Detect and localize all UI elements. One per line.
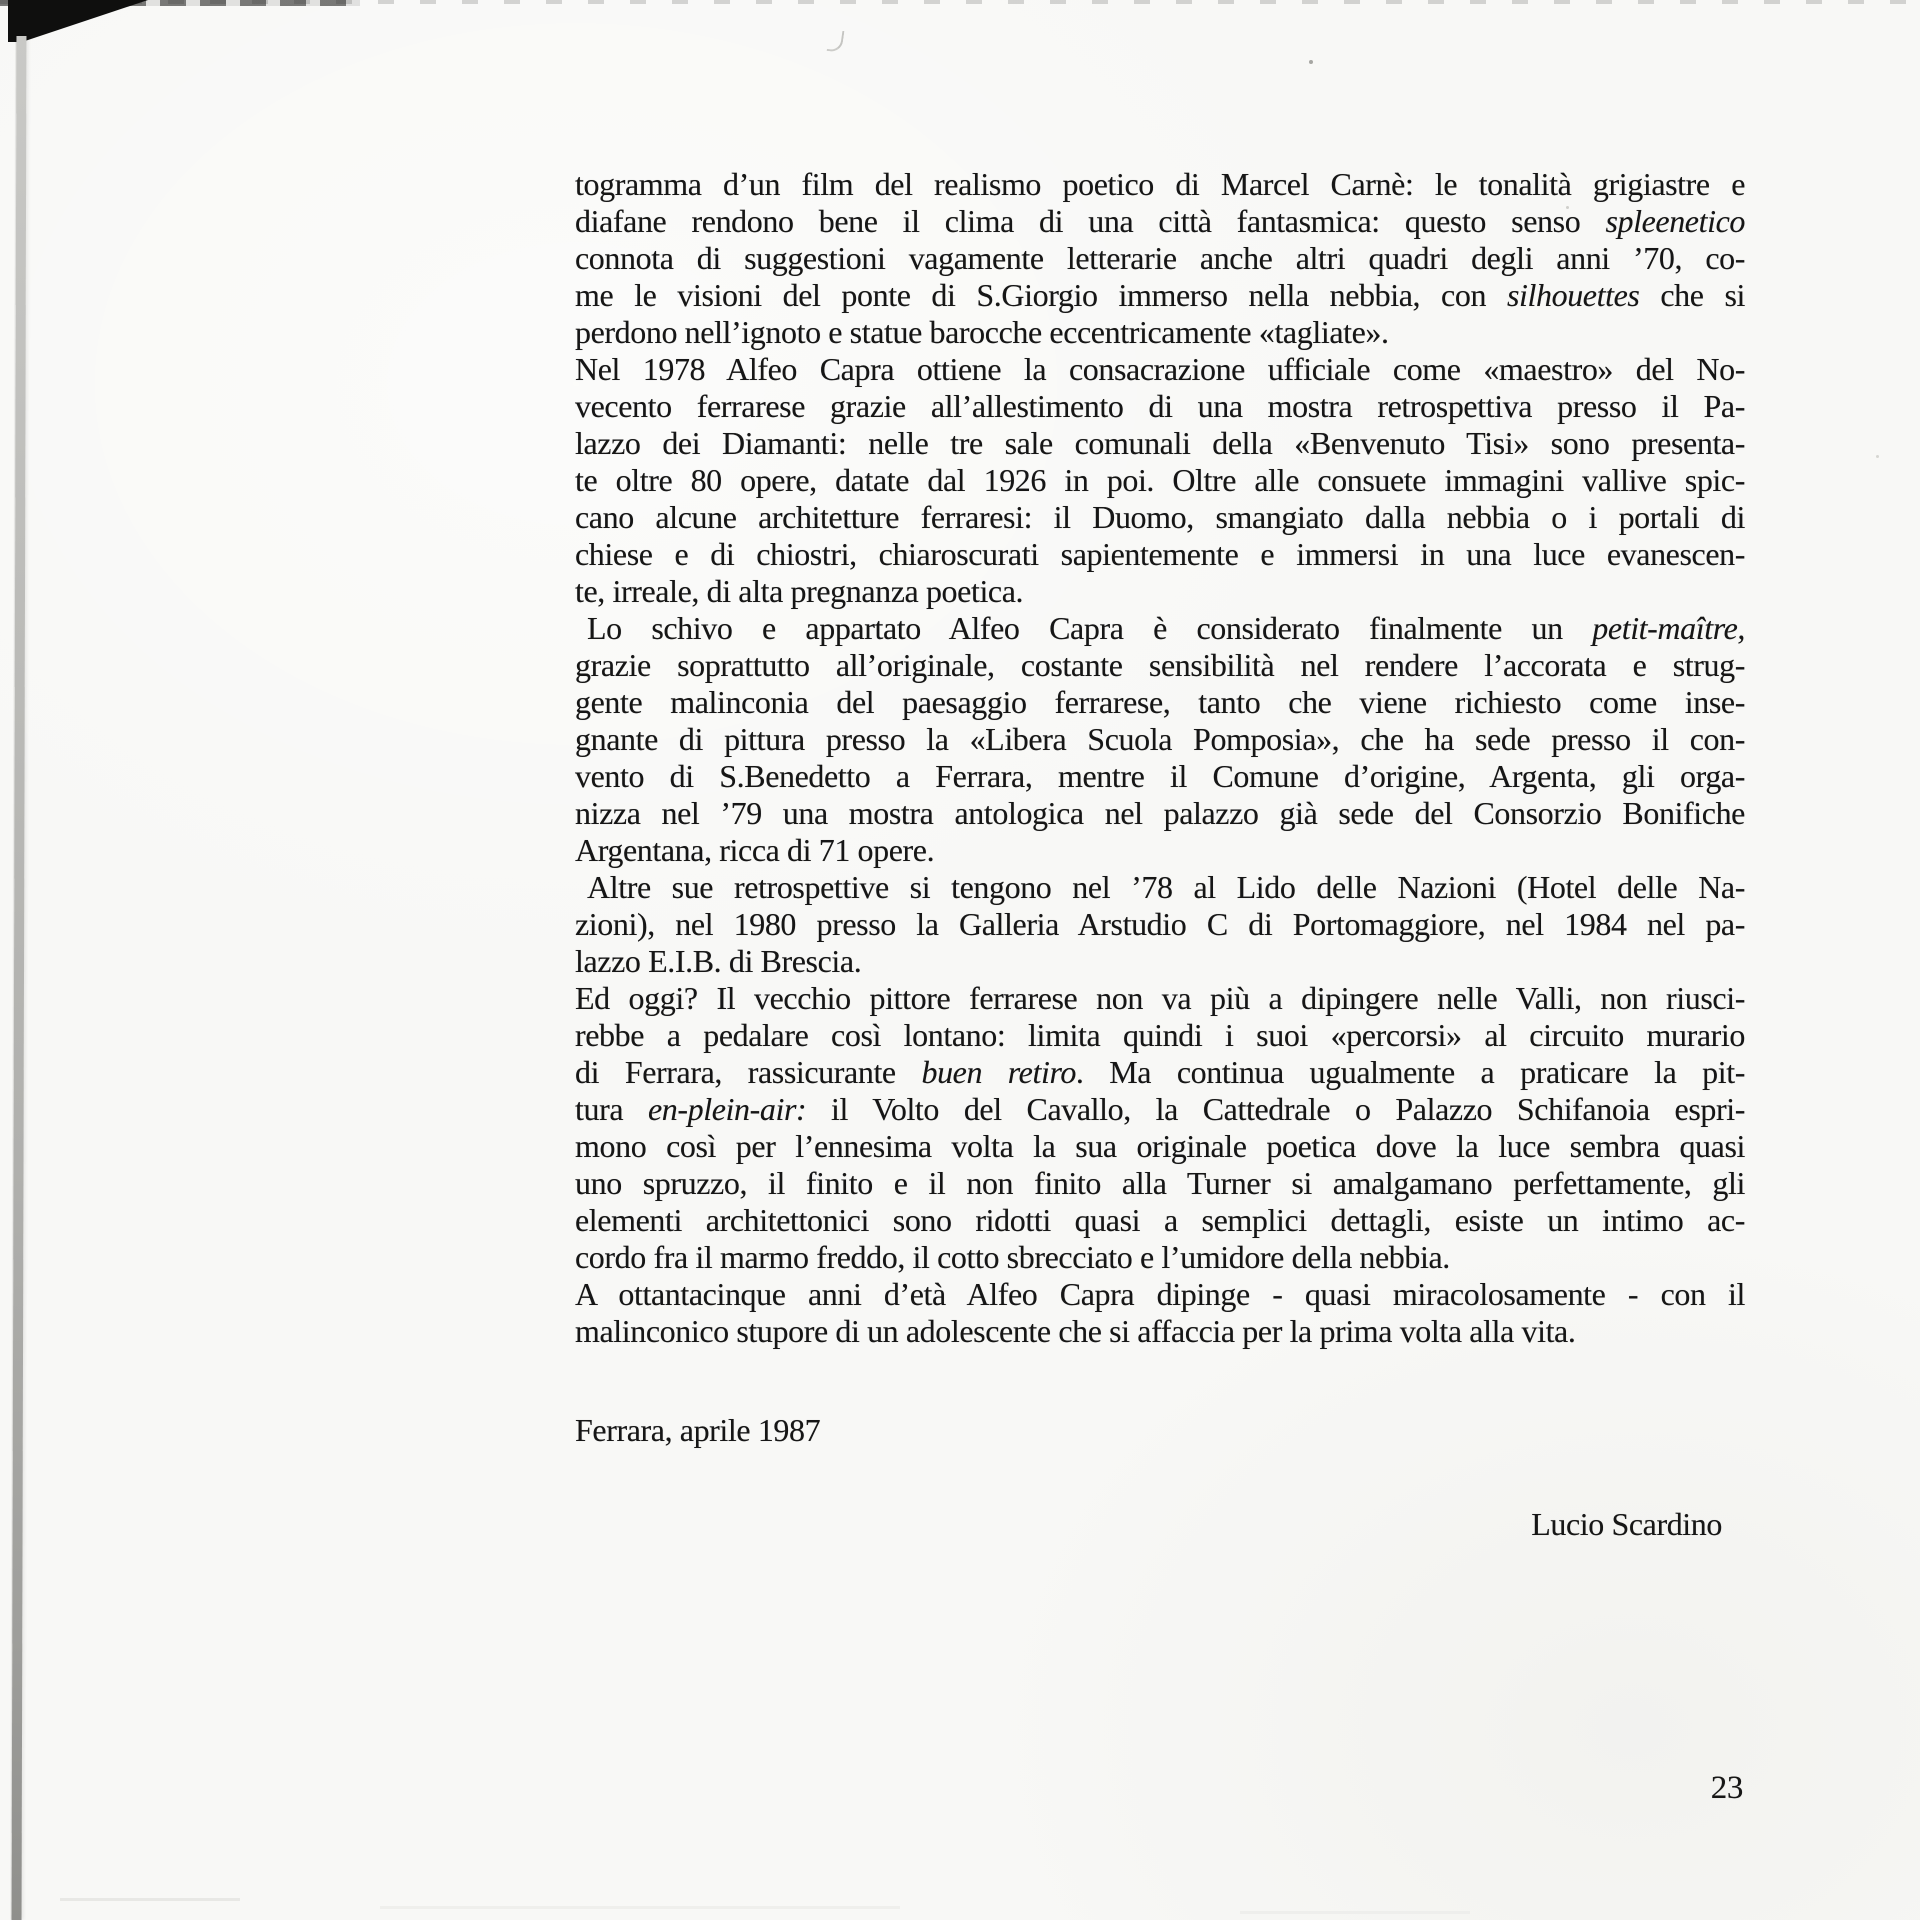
scan-speck: [1876, 455, 1879, 458]
text-line: di Ferrara, rassicurante buen retiro. Ma…: [575, 1054, 1745, 1091]
text-segment: che si: [1639, 277, 1745, 313]
text-segment: te oltre 80 opere, datate dal 1926 in po…: [575, 462, 1745, 498]
text-line: nizza nel ’79 una mostra antologica nel …: [575, 795, 1745, 832]
text-line: Nel 1978 Alfeo Capra ottiene la consacra…: [575, 351, 1745, 388]
text-line: Lo schivo e appartato Alfeo Capra è cons…: [575, 610, 1745, 647]
text-line: Altre sue retrospettive si tengono nel ’…: [575, 869, 1745, 906]
author-signature: Lucio Scardino: [1531, 1506, 1722, 1543]
italic-text-segment: buen retiro: [921, 1054, 1075, 1090]
text-line: lazzo E.I.B. di Brescia.: [575, 943, 1745, 980]
text-line: cano alcune architetture ferraresi: il D…: [575, 499, 1745, 536]
text-line: A ottantacinque anni d’età Alfeo Capra d…: [575, 1276, 1745, 1313]
scan-smudge: [60, 1898, 240, 1901]
text-segment: vecento ferrarese grazie all’allestiment…: [575, 388, 1745, 424]
page-corner-shadow-wedge: [8, 0, 148, 42]
scan-smudge: [1240, 1911, 1470, 1914]
text-segment: lazzo E.I.B. di Brescia.: [575, 943, 861, 979]
text-line: elementi architettonici sono ridotti qua…: [575, 1202, 1745, 1239]
text-segment: connota di suggestioni vagamente lettera…: [575, 240, 1745, 276]
text-line: togramma d’un film del realismo poetico …: [575, 166, 1745, 203]
text-segment: diafane rendono bene il clima di una cit…: [575, 203, 1605, 239]
text-line: tura en-plein-air: il Volto del Cavallo,…: [575, 1091, 1745, 1128]
text-line: gnante di pittura presso la «Libera Scuo…: [575, 721, 1745, 758]
text-line: malinconico stupore di un adolescente ch…: [575, 1313, 1745, 1350]
text-segment: elementi architettonici sono ridotti qua…: [575, 1202, 1745, 1238]
text-segment: te, irreale, di alta pregnanza poetica.: [575, 573, 1023, 609]
text-line: gente malinconia del paesaggio ferrarese…: [575, 684, 1745, 721]
text-line: te, irreale, di alta pregnanza poetica.: [575, 573, 1745, 610]
text-segment: chiese e di chiostri, chiaroscurati sapi…: [575, 536, 1745, 572]
text-segment: perdono nell’ignoto e statue barocche ec…: [575, 314, 1389, 350]
text-segment: nizza nel ’79 una mostra antologica nel …: [575, 795, 1745, 831]
text-segment: . Ma continua ugualmente a praticare la …: [1076, 1054, 1745, 1090]
text-line: connota di suggestioni vagamente lettera…: [575, 240, 1745, 277]
text-segment: Ed oggi? Il vecchio pittore ferrarese no…: [575, 980, 1745, 1016]
italic-text-segment: silhouettes: [1507, 277, 1639, 313]
text-segment: tura: [575, 1091, 648, 1127]
text-segment: cano alcune architetture ferraresi: il D…: [575, 499, 1745, 535]
text-segment: togramma d’un film del realismo poetico …: [575, 166, 1745, 202]
text-line: chiese e di chiostri, chiaroscurati sapi…: [575, 536, 1745, 573]
page-number: 23: [1711, 1770, 1743, 1807]
text-line: diafane rendono bene il clima di una cit…: [575, 203, 1745, 240]
text-segment: il Volto del Cavallo, la Cattedrale o Pa…: [806, 1091, 1745, 1127]
text-segment: lazzo dei Diamanti: nelle tre sale comun…: [575, 425, 1745, 461]
text-segment: malinconico stupore di un adolescente ch…: [575, 1313, 1575, 1349]
text-segment: Lo schivo e appartato Alfeo Capra è cons…: [587, 610, 1592, 646]
text-segment: A ottantacinque anni d’età Alfeo Capra d…: [575, 1276, 1745, 1312]
text-line: zioni), nel 1980 presso la Galleria Arst…: [575, 906, 1745, 943]
text-segment: di Ferrara, rassicurante: [575, 1054, 921, 1090]
text-segment: vento di S.Benedetto a Ferrara, mentre i…: [575, 758, 1745, 794]
text-segment: Argentana, ricca di 71 opere.: [575, 832, 934, 868]
text-segment: Altre sue retrospettive si tengono nel ’…: [587, 869, 1745, 905]
text-line: te oltre 80 opere, datate dal 1926 in po…: [575, 462, 1745, 499]
text-segment: cordo fra il marmo freddo, il cotto sbre…: [575, 1239, 1450, 1275]
text-segment: gnante di pittura presso la «Libera Scuo…: [575, 721, 1745, 757]
text-line: me le visioni del ponte di S.Giorgio imm…: [575, 277, 1745, 314]
text-line: vecento ferrarese grazie all’allestiment…: [575, 388, 1745, 425]
dateline: Ferrara, aprile 1987: [575, 1412, 820, 1449]
text-line: perdono nell’ignoto e statue barocche ec…: [575, 314, 1745, 351]
scanned-book-page: togramma d’un film del realismo poetico …: [0, 0, 1920, 1920]
scan-speck: [1309, 60, 1313, 64]
text-line: vento di S.Benedetto a Ferrara, mentre i…: [575, 758, 1745, 795]
italic-text-segment: en-plein-air:: [648, 1091, 806, 1127]
text-line: mono così per l’ennesima volta la sua or…: [575, 1128, 1745, 1165]
text-line: cordo fra il marmo freddo, il cotto sbre…: [575, 1239, 1745, 1276]
scan-smudge: [380, 1906, 900, 1909]
italic-text-segment: petit-maître,: [1592, 610, 1745, 646]
text-line: uno spruzzo, il finito e il non finito a…: [575, 1165, 1745, 1202]
text-segment: uno spruzzo, il finito e il non finito a…: [575, 1165, 1745, 1201]
text-segment: grazie soprattutto all’originale, costan…: [575, 647, 1745, 683]
text-segment: rebbe a pedalare così lontano: limita qu…: [575, 1017, 1745, 1053]
text-line: Ed oggi? Il vecchio pittore ferrarese no…: [575, 980, 1745, 1017]
text-line: grazie soprattutto all’originale, costan…: [575, 647, 1745, 684]
text-line: Argentana, ricca di 71 opere.: [575, 832, 1745, 869]
page-spine-edge-shadow: [12, 36, 27, 1920]
body-text: togramma d’un film del realismo poetico …: [575, 166, 1745, 1350]
text-line: lazzo dei Diamanti: nelle tre sale comun…: [575, 425, 1745, 462]
pencil-tick-mark: [827, 29, 845, 53]
text-segment: zioni), nel 1980 presso la Galleria Arst…: [575, 906, 1745, 942]
text-segment: mono così per l’ennesima volta la sua or…: [575, 1128, 1745, 1164]
text-line: rebbe a pedalare così lontano: limita qu…: [575, 1017, 1745, 1054]
text-segment: me le visioni del ponte di S.Giorgio imm…: [575, 277, 1507, 313]
text-segment: Nel 1978 Alfeo Capra ottiene la consacra…: [575, 351, 1745, 387]
italic-text-segment: spleenetico: [1605, 203, 1745, 239]
text-segment: gente malinconia del paesaggio ferrarese…: [575, 684, 1745, 720]
